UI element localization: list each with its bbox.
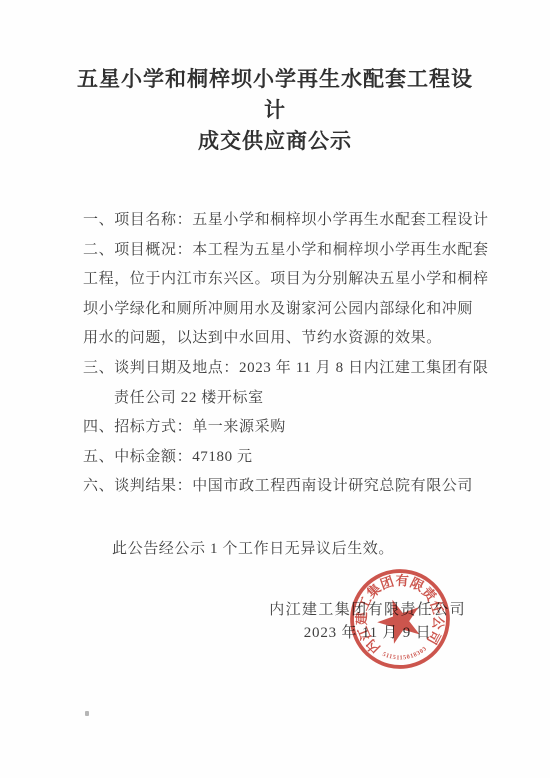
document-page: 五星小学和桐梓坝小学再生水配套工程设 计 成交供应商公示 一、项目名称：五星小学… <box>0 0 550 778</box>
document-title: 五星小学和桐梓坝小学再生水配套工程设 计 成交供应商公示 <box>0 64 550 157</box>
title-line-1: 五星小学和桐梓坝小学再生水配套工程设 <box>0 64 550 95</box>
closing-statement: 此公告经公示 1 个工作日无异议后生效。 <box>112 537 394 558</box>
body-text: 一、项目名称：五星小学和桐梓坝小学再生水配套工程设计 二、项目概况：本工程为五星… <box>83 206 495 502</box>
body-line: 五、中标金额：47180 元 <box>83 443 495 473</box>
signature-company: 内江建工集团有限责任公司 <box>269 599 466 622</box>
body-line: 六、谈判结果：中国市政工程西南设计研究总院有限公司 <box>83 472 495 502</box>
title-line-2: 计 <box>0 95 550 126</box>
body-line: 一、项目名称：五星小学和桐梓坝小学再生水配套工程设计 <box>83 206 495 236</box>
ink-speck <box>85 711 89 716</box>
signature-block: 内江建工集团有限责任公司 2023 年 11 月 9 日 <box>269 599 466 645</box>
body-line: 三、谈判日期及地点：2023 年 11 月 8 日内江建工集团有限 <box>83 354 495 384</box>
body-line: 工程，位于内江市东兴区。项目为分别解决五星小学和桐梓 <box>83 265 495 295</box>
svg-text:5115115018303: 5115115018303 <box>380 645 429 665</box>
body-line: 坝小学绿化和厕所冲厕用水及谢家河公园内部绿化和冲厕 <box>83 295 495 325</box>
body-line: 责任公司 22 楼开标室 <box>83 384 495 414</box>
title-line-3: 成交供应商公示 <box>0 126 550 157</box>
signature-date: 2023 年 11 月 9 日 <box>269 622 466 645</box>
body-line: 用水的问题，以达到中水回用、节约水资源的效果。 <box>83 324 495 354</box>
seal-code-text: 5115115018303 <box>380 645 429 665</box>
body-line: 二、项目概况：本工程为五星小学和桐梓坝小学再生水配套 <box>83 236 495 266</box>
body-line: 四、招标方式：单一来源采购 <box>83 413 495 443</box>
